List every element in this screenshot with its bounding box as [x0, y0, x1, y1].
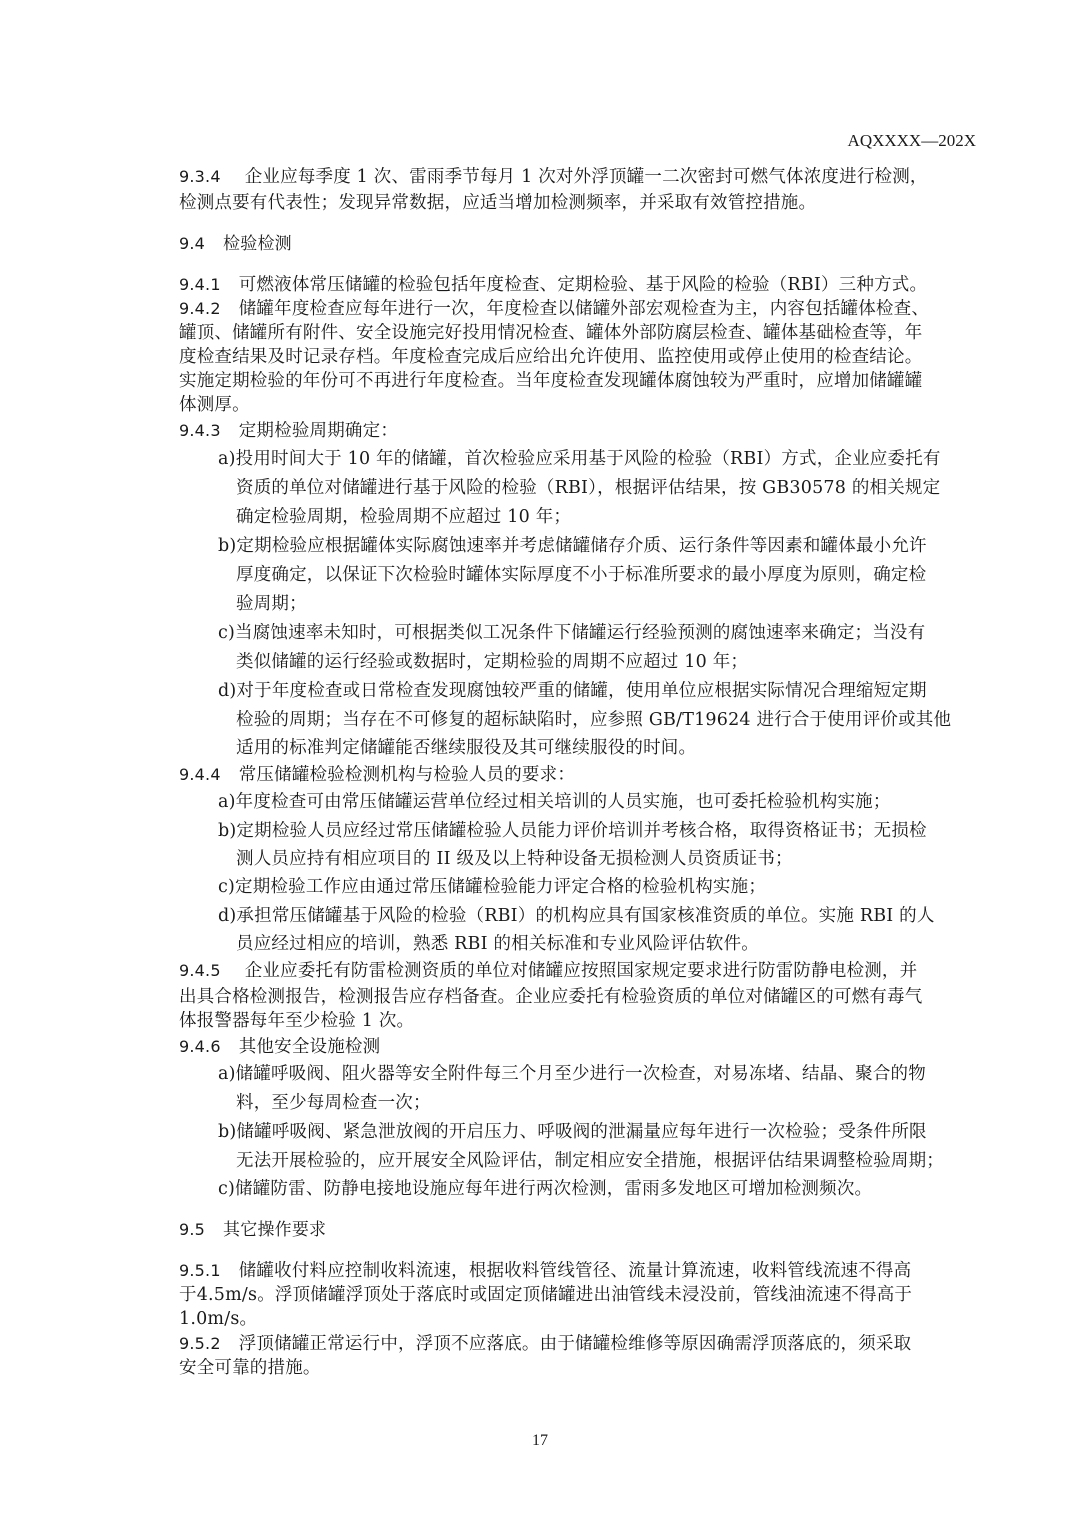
document-code: AQXXXX—202X	[848, 131, 976, 151]
page-number: 17	[0, 1432, 1080, 1450]
clause-9-5-2-line-1: 9.5.2浮顶储罐正常运行中，浮顶不应落底。由于储罐检维修等原因确需浮顶落底的，…	[179, 1333, 911, 1355]
clause-9-4-5-line-1: 9.4.5企业应委托有防雷检测资质的单位对储罐应按照国家规定要求进行防雷防静电检…	[179, 960, 917, 982]
clause-9-4-3-item-a-line-1: a)投用时间大于 10 年的储罐，首次检验应采用基于风险的检验（RBI）方式，企…	[218, 448, 941, 470]
clause-9-4-6-item-b-line-2: 无法开展检验的，应开展安全风险评估，制定相应安全措施，根据评估结果调整检验周期；	[236, 1150, 944, 1172]
clause-9-4-3-item-c-line-1: c)当腐蚀速率未知时，可根据类似工况条件下储罐运行经验预测的腐蚀速率来确定；当没…	[218, 622, 925, 644]
clause-9-4-3-item-b-line-1: b)定期检验应根据罐体实际腐蚀速率并考虑储罐储存介质、运行条件等因素和罐体最小允…	[218, 535, 927, 557]
clause-9-4-3-item-d-line-1: d)对于年度检查或日常检查发现腐蚀较严重的储罐，使用单位应根据实际情况合理缩短定…	[218, 680, 927, 702]
clause-9-4-4-title: 9.4.4常压储罐检验检测机构与检验人员的要求：	[179, 764, 575, 786]
clause-9-5-2-line-2: 安全可靠的措施。	[179, 1357, 321, 1379]
clause-9-4-6-title: 9.4.6其他安全设施检测	[179, 1036, 380, 1058]
clause-9-4-4-item-d-line-1: d)承担常压储罐基于风险的检验（RBI）的机构应具有国家核准资质的单位。实施 R…	[218, 905, 935, 927]
clause-9-4-6-item-a-line-2: 料，至少每周检查一次；	[236, 1092, 431, 1114]
clause-9-4-3-item-b-line-3: 验周期；	[236, 593, 307, 615]
clause-9-4-4-item-b-line-1: b)定期检验人员应经过常压储罐检验人员能力评价培训并考核合格，取得资格证书；无损…	[218, 820, 927, 842]
clause-9-4-2-line-1: 9.4.2储罐年度检查应每年进行一次，年度检查以储罐外部宏观检查为主，内容包括罐…	[179, 298, 929, 320]
clause-9-5-1-line-1: 9.5.1储罐收付料应控制收料流速，根据收料管线管径、流量计算流速，收料管线流速…	[179, 1260, 911, 1282]
clause-9-4-5-line-2: 出具合格检测报告，检测报告应存档备查。企业应委托有检验资质的单位对储罐区的可燃有…	[179, 986, 922, 1008]
clause-9-3-4-line-1: 9.3.4企业应每季度 1 次、雷雨季节每月 1 次对外浮顶罐一二次密封可燃气体…	[179, 166, 928, 188]
clause-9-4-2-line-4: 实施定期检验的年份可不再进行年度检查。当年度检查发现罐体腐蚀较为严重时，应增加储…	[179, 370, 922, 392]
clause-9-4-2-line-5: 体测厚。	[179, 394, 250, 416]
clause-9-5-1-line-3: 1.0m/s。	[179, 1308, 257, 1330]
clause-9-4-6-item-a-line-1: a)储罐呼吸阀、阻火器等安全附件每三个月至少进行一次检查，对易冻堵、结晶、聚合的…	[218, 1063, 926, 1085]
clause-9-4-5-line-3: 体报警器每年至少检验 1 次。	[179, 1010, 414, 1032]
clause-9-4-3-item-d-line-2: 检验的周期；当存在不可修复的超标缺陷时，应参照 GB/T19624 进行合于使用…	[236, 709, 951, 731]
section-heading-9-5: 9.5其它操作要求	[179, 1219, 326, 1241]
document-page: AQXXXX—202X 9.3.4企业应每季度 1 次、雷雨季节每月 1 次对外…	[0, 0, 1080, 1527]
clause-9-4-4-item-d-line-2: 员应经过相应的培训，熟悉 RBI 的相关标准和专业风险评估软件。	[236, 933, 759, 955]
clause-9-4-4-item-b-line-2: 测人员应持有相应项目的 II 级及以上特种设备无损检测人员资质证书；	[236, 848, 793, 870]
clause-9-4-4-item-a: a)年度检查可由常压储罐运营单位经过相关培训的人员实施，也可委托检验机构实施；	[218, 791, 891, 813]
clause-9-4-2-line-3: 度检查结果及时记录存档。年度检查完成后应给出允许使用、监控使用或停止使用的检查结…	[179, 346, 922, 368]
clause-9-4-6-item-c: c)储罐防雷、防静电接地设施应每年进行两次检测，雷雨多发地区可增加检测频次。	[218, 1178, 872, 1200]
clause-9-4-3-item-b-line-2: 厚度确定，以保证下次检验时罐体实际厚度不小于标准所要求的最小厚度为原则，确定检	[236, 564, 926, 586]
clause-9-4-1: 9.4.1可燃液体常压储罐的检验包括年度检查、定期检验、基于风险的检验（RBI）…	[179, 274, 927, 296]
clause-9-4-3-item-c-line-2: 类似储罐的运行经验或数据时，定期检验的周期不应超过 10 年；	[236, 651, 748, 673]
section-heading-9-4: 9.4检验检测	[179, 233, 292, 255]
clause-9-4-4-item-c: c)定期检验工作应由通过常压储罐检验能力评定合格的检验机构实施；	[218, 876, 766, 898]
clause-9-4-3-item-a-line-3: 确定检验周期，检验周期不应超过 10 年；	[236, 506, 571, 528]
clause-9-3-4-line-2: 检测点要有代表性；发现异常数据，应适当增加检测频率，并采取有效管控措施。	[179, 192, 816, 214]
clause-9-5-1-line-2: 于4.5m/s。浮顶储罐浮顶处于落底时或固定顶储罐进出油管线未浸没前，管线油流速…	[179, 1284, 912, 1306]
clause-9-4-3-title: 9.4.3定期检验周期确定：	[179, 420, 398, 442]
clause-9-4-3-item-d-line-3: 适用的标准判定储罐能否继续服役及其可继续服役的时间。	[236, 737, 696, 759]
clause-9-4-6-item-b-line-1: b)储罐呼吸阀、紧急泄放阀的开启压力、呼吸阀的泄漏量应每年进行一次检验；受条件所…	[218, 1121, 927, 1143]
clause-9-4-3-item-a-line-2: 资质的单位对储罐进行基于风险的检验（RBI），根据评估结果，按 GB30578 …	[236, 477, 940, 499]
clause-9-4-2-line-2: 罐顶、储罐所有附件、安全设施完好投用情况检查、罐体外部防腐层检查、罐体基础检查等…	[179, 322, 922, 344]
